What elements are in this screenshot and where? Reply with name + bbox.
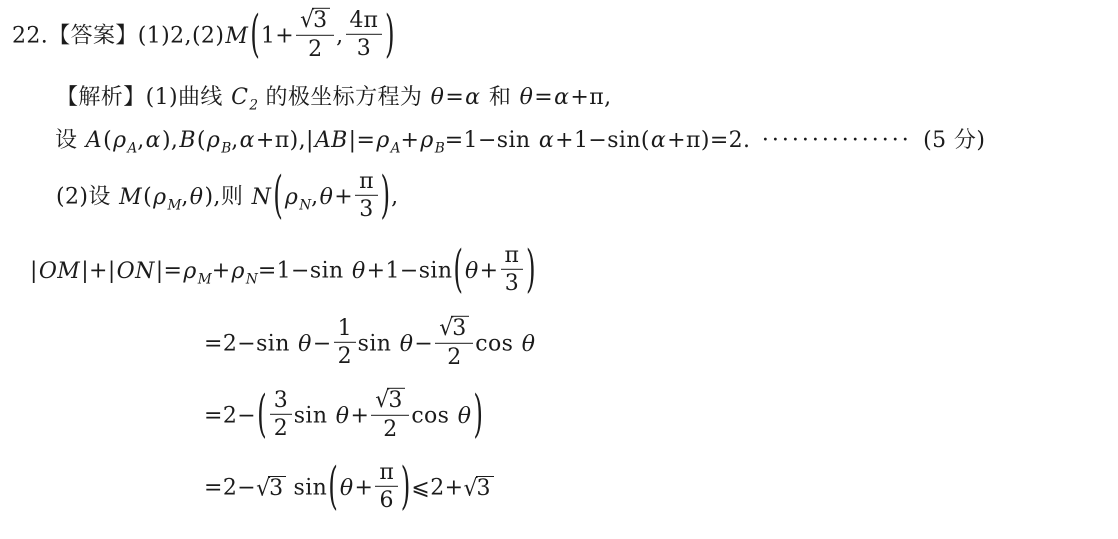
fraction-numerator: 1: [334, 317, 356, 343]
om-on-expression-line: |OM|+|ON|=ρM+ρN=1−sin θ+1−sin(θ+π3): [30, 246, 537, 297]
math-text: −: [313, 332, 332, 357]
fraction-numerator: π: [355, 170, 377, 196]
math-text: +: [350, 404, 369, 429]
math-text: −: [414, 332, 433, 357]
math-variable: θ: [335, 404, 351, 429]
math-text: |+|: [81, 259, 115, 284]
fraction-numerator: 3: [270, 389, 292, 415]
math-text: 和: [481, 85, 518, 110]
part1-solution-line: 设 A(ρA,α),B(ρB,α+π),|AB|=ρA+ρB=1−sin α+1…: [55, 127, 985, 155]
radicand: 3: [451, 316, 469, 341]
math-text: ),则: [204, 185, 250, 210]
math-text: 3: [357, 36, 371, 61]
math-text: 4π: [350, 8, 378, 33]
radical-sign: √: [375, 388, 389, 412]
math-text: +1−sin: [367, 259, 453, 284]
math-fraction: 4π3: [346, 9, 382, 60]
math-text: ,: [311, 185, 318, 210]
math-variable: N: [251, 185, 273, 210]
math-subscript: B: [435, 140, 445, 156]
math-text: 2: [308, 37, 322, 62]
math-text: =: [445, 85, 464, 110]
math-text: ,: [391, 185, 398, 210]
fraction-numerator: 4π: [346, 9, 382, 35]
math-text: =: [534, 85, 553, 110]
fraction-denominator: 2: [296, 36, 334, 61]
math-text: +: [354, 476, 373, 501]
math-variable: θ: [399, 332, 415, 357]
math-subscript: N: [299, 197, 311, 213]
fraction-denominator: 2: [435, 344, 473, 369]
fraction-denominator: 3: [346, 35, 382, 60]
math-variable-subscripted: ρA: [375, 128, 400, 153]
math-text: |=: [349, 128, 376, 153]
math-variable: ρ: [182, 259, 197, 284]
math-variable: α: [538, 128, 555, 153]
math-variable: ρ: [112, 128, 127, 153]
math-variable-subscripted: ρB: [206, 128, 231, 153]
math-variable: OM: [38, 259, 81, 284]
part2-setup-line: (2)设 M(ρM,θ),则 N(ρN,θ+π3),: [56, 172, 399, 223]
math-text: sin: [286, 476, 327, 501]
math-text: ,: [231, 128, 238, 153]
math-variable: B: [178, 128, 197, 153]
math-variable: θ: [457, 404, 473, 429]
math-text: 2: [447, 345, 461, 370]
radical-sign: √: [439, 316, 453, 340]
math-variable-subscripted: ρN: [231, 259, 258, 284]
math-sqrt: √3: [256, 475, 286, 503]
math-text: ,: [181, 185, 188, 210]
math-text: +π,: [570, 85, 611, 110]
math-text: +: [401, 128, 420, 153]
math-text: 3: [274, 388, 288, 413]
math-variable: θ: [339, 476, 355, 501]
math-text: 1+: [261, 24, 294, 49]
math-text: ⩽2+: [411, 476, 463, 501]
math-text: (5 分): [916, 128, 986, 153]
combine-step-line: =2−(32sin θ+√32cos θ): [204, 390, 484, 443]
math-variable-subscripted: ρM: [152, 185, 181, 210]
math-text: ),: [162, 128, 178, 153]
radicand: 3: [312, 8, 330, 33]
math-text: =1−sin: [445, 128, 538, 153]
math-fraction: π3: [355, 170, 377, 221]
math-variable-subscripted: ρN: [284, 185, 311, 210]
radicand: 3: [387, 388, 405, 413]
math-variable: θ: [189, 185, 205, 210]
math-text: 3: [388, 388, 402, 413]
math-variable: C: [230, 85, 249, 110]
math-text: π: [359, 169, 373, 194]
fraction-numerator: π: [375, 461, 397, 487]
math-text: +: [334, 185, 353, 210]
analysis-intro-line: 【解析】(1)曲线 C2 的极坐标方程为 θ=α 和 θ=α+π,: [56, 84, 611, 112]
math-subscript: M: [198, 271, 212, 287]
math-text: |: [30, 259, 38, 284]
math-fraction: √32: [296, 8, 334, 61]
math-text: +π)=2.: [667, 128, 758, 153]
math-text: +1−sin(: [555, 128, 650, 153]
math-variable: ρ: [206, 128, 221, 153]
math-variable-subscripted: ρA: [112, 128, 137, 153]
fraction-numerator: √3: [371, 388, 409, 416]
math-variable: α: [464, 85, 481, 110]
math-subscript: M: [167, 197, 181, 213]
math-variable: θ: [351, 259, 367, 284]
expand-step-line: =2−sin θ−12sin θ−√32cos θ: [204, 318, 536, 371]
math-text: π: [505, 243, 519, 268]
math-sqrt: √3: [463, 475, 493, 503]
math-text: 3: [452, 316, 466, 341]
fraction-numerator: π: [501, 244, 523, 270]
math-text: 2: [338, 344, 352, 369]
math-text: 3: [359, 197, 373, 222]
big-paren: ): [384, 4, 396, 67]
math-text: (: [143, 185, 152, 210]
math-text: (2)设: [56, 185, 118, 210]
math-subscript: A: [127, 140, 137, 156]
math-text: 设: [55, 128, 85, 153]
math-sqrt: √3: [300, 8, 330, 33]
math-variable: α: [650, 128, 667, 153]
math-variable: α: [553, 85, 570, 110]
math-text: =2−sin: [204, 332, 297, 357]
radicand: 3: [476, 476, 494, 501]
math-text: 的极坐标方程为: [258, 85, 430, 110]
final-result-line: =2−√3 sin(θ+π6)⩽2+√3: [204, 463, 494, 514]
math-variable: θ: [430, 85, 446, 110]
big-paren: (: [272, 165, 284, 228]
big-paren: ): [525, 239, 537, 302]
math-text: sin: [294, 404, 335, 429]
math-variable: α: [239, 128, 256, 153]
math-sqrt: √3: [375, 388, 405, 413]
fraction-numerator: √3: [435, 316, 473, 344]
math-variable-subscripted: C2: [230, 85, 258, 110]
math-text: (: [103, 128, 112, 153]
math-fraction: 12: [334, 317, 356, 368]
big-paren: (: [452, 239, 464, 302]
math-text: 2: [383, 417, 397, 442]
fraction-numerator: √3: [296, 8, 334, 36]
math-variable: M: [224, 24, 249, 49]
radicand: 3: [268, 476, 286, 501]
math-text: π: [379, 460, 393, 485]
big-paren: ): [380, 165, 392, 228]
math-variable: α: [145, 128, 162, 153]
math-fraction: √32: [371, 388, 409, 441]
math-variable: ρ: [231, 259, 246, 284]
fraction-denominator: 2: [270, 415, 292, 440]
math-fraction: √32: [435, 316, 473, 369]
math-text: 1: [338, 316, 352, 341]
math-text: =1−sin: [258, 259, 351, 284]
math-text: 3: [477, 476, 491, 501]
fraction-denominator: 2: [334, 343, 356, 368]
math-variable: ρ: [284, 185, 299, 210]
math-text: ,: [137, 128, 144, 153]
math-text: +: [480, 259, 499, 284]
math-variable: AB: [314, 128, 349, 153]
math-text: +π),|: [256, 128, 314, 153]
math-text: 22.【答案】(1)2,(2): [12, 24, 224, 49]
math-variable: ρ: [152, 185, 167, 210]
big-paren: ): [472, 384, 484, 447]
math-text: (: [197, 128, 206, 153]
fraction-denominator: 6: [375, 487, 397, 512]
math-variable: ρ: [375, 128, 390, 153]
math-sqrt: √3: [439, 316, 469, 341]
fraction-denominator: 2: [371, 416, 409, 441]
math-text: =2−: [204, 404, 256, 429]
math-text: +: [212, 259, 231, 284]
math-variable: θ: [464, 259, 480, 284]
big-paren: (: [256, 384, 268, 447]
math-variable: θ: [319, 185, 335, 210]
math-variable: ON: [116, 259, 156, 284]
math-fraction: 32: [270, 389, 292, 440]
math-variable: θ: [519, 85, 535, 110]
answer-line: 22.【答案】(1)2,(2)M(1+√32,4π3): [12, 10, 396, 63]
math-subscript: 2: [249, 97, 258, 113]
math-variable: θ: [297, 332, 313, 357]
math-subscript: N: [246, 271, 258, 287]
dotted-leader: ···············: [758, 128, 916, 153]
math-text: ,: [336, 24, 343, 49]
radical-sign: √: [300, 8, 314, 32]
math-text: 3: [269, 476, 283, 501]
math-subscript: A: [391, 140, 401, 156]
math-text: =2−: [204, 476, 256, 501]
math-text: 3: [505, 271, 519, 296]
math-fraction: π3: [501, 244, 523, 295]
math-fraction: π6: [375, 461, 397, 512]
math-text: sin: [358, 332, 399, 357]
math-text: |=: [156, 259, 183, 284]
big-paren: ): [400, 456, 412, 519]
math-text: 3: [313, 8, 327, 33]
radical-sign: √: [463, 474, 477, 503]
math-variable-subscripted: ρM: [182, 259, 211, 284]
big-paren: (: [327, 456, 339, 519]
math-text: 6: [380, 488, 394, 513]
radical-sign: √: [256, 474, 270, 503]
big-paren: (: [249, 4, 261, 67]
math-variable: A: [85, 128, 103, 153]
math-variable: ρ: [419, 128, 434, 153]
math-text: cos: [475, 332, 520, 357]
math-variable-subscripted: ρB: [419, 128, 444, 153]
math-text: 2: [274, 416, 288, 441]
math-variable: θ: [521, 332, 537, 357]
fraction-denominator: 3: [501, 270, 523, 295]
math-text: 【解析】(1)曲线: [56, 85, 230, 110]
math-subscript: B: [221, 140, 231, 156]
math-text: cos: [411, 404, 456, 429]
fraction-denominator: 3: [355, 196, 377, 221]
math-variable: M: [118, 185, 143, 210]
math-solution-page: 22.【答案】(1)2,(2)M(1+√32,4π3) 【解析】(1)曲线 C2…: [0, 0, 1118, 539]
